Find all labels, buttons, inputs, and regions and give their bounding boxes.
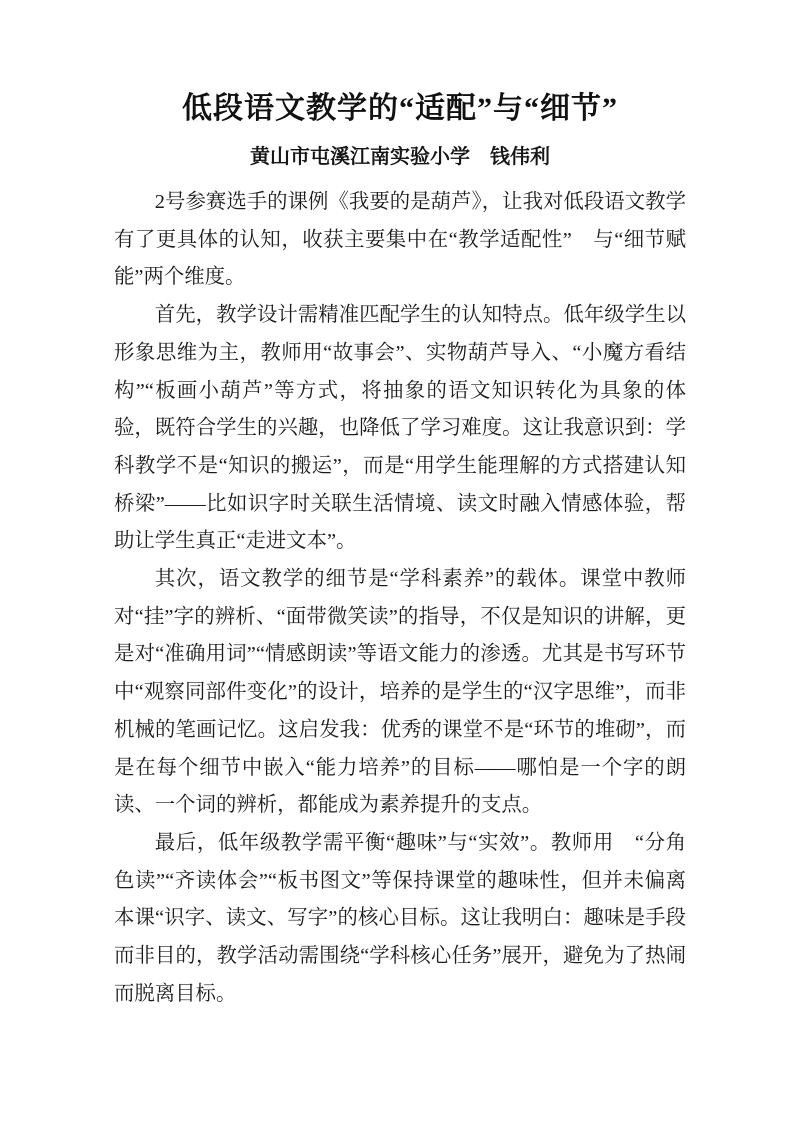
document-body: 2号参赛选手的课例《我要的是葫芦》，让我对低段语文教学有了更具体的认知，收获主要… (114, 184, 686, 1013)
paragraph-4: 最后，低年级教学需平衡“趣味”与“实效”。教师用 “分角色读”“齐读体会”“板书… (114, 825, 686, 1014)
paragraph-1: 2号参赛选手的课例《我要的是葫芦》，让我对低段语文教学有了更具体的认知，收获主要… (114, 184, 686, 297)
paragraph-3: 其次，语文教学的细节是“学科素养”的载体。课堂中教师对“挂”字的辨析、“面带微笑… (114, 561, 686, 825)
paragraph-2: 首先，教学设计需精准匹配学生的认知特点。低年级学生以形象思维为主，教师用“故事会… (114, 297, 686, 561)
author-line: 黄山市屯溪江南实验小学 钱伟利 (0, 143, 800, 171)
page-title: 低段语文教学的“适配”与“细节” (0, 90, 800, 128)
document-page: 低段语文教学的“适配”与“细节” 黄山市屯溪江南实验小学 钱伟利 2号参赛选手的… (0, 0, 800, 1131)
